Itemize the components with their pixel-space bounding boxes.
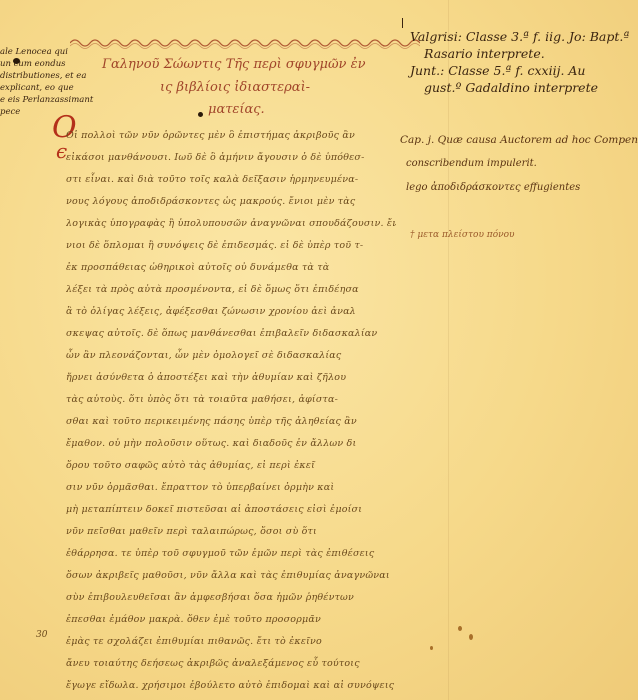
- text-line: ἃ τὸ ὀλίγας λέξεις, ἀφέξεσθαι ζώνωσιν χρ…: [66, 301, 396, 323]
- text-line: νιοι δὲ ὅπλομαι ἢ συνόψεις δὲ ἐπιδεσμάς.…: [66, 235, 396, 257]
- left-note-line: e eis Perlanzassimant: [0, 94, 110, 106]
- ink-blot: [13, 58, 20, 64]
- side-note: Cap. j. Quæ causa Auctorem ad hoc Compen…: [400, 134, 638, 146]
- shelfmark-line: gust.º Gadaldino interprete: [410, 79, 635, 96]
- left-note-line: distributiones, et ea: [0, 70, 110, 82]
- ink-blot: [198, 112, 203, 117]
- shelfmark-line: Junt.: Classe 5.ª f. cxxiij. Au: [410, 62, 635, 79]
- left-note-line: ale Lenocea qui: [0, 46, 110, 58]
- text-line: μὴ μεταπίπτειν δοκεῖ πιστεῦσαι αἱ ἀποστά…: [66, 499, 396, 521]
- text-line: ἔγωγε εἴδωλα. χρήσιμοι ἐβούλετο αὐτὸ ἐπι…: [66, 675, 396, 697]
- line-number-marker: 30: [36, 630, 47, 640]
- text-line: λογικὰς ὑπογραφὰς ἢ ὑπολυπουσῶν ἀναγνῶνα…: [66, 213, 396, 235]
- left-margin-note: ale Lenocea qui un cum eondus distributi…: [0, 46, 110, 118]
- title-line-3: ματείας.: [208, 102, 265, 117]
- side-note: conscribendum impulerit.: [406, 158, 537, 169]
- text-line: ἐπεσθαι ἐμάθον μακρὰ. ὅθεν ἐμὲ τοῦτο προ…: [66, 609, 396, 631]
- text-line: σὺν ἐπιβουλευθεῖσαι ἂν ἀμφεσβήσαι ὅσα ἡμ…: [66, 587, 396, 609]
- stain-spot: [430, 646, 433, 650]
- title-line-1: Γαληνοῦ Σώωντις Τῆς περὶ σφυγμῶν ἐν: [102, 57, 365, 72]
- title-line-2: ις βιβλίοις ἰδιαστεραὶ-: [160, 80, 310, 95]
- shelfmark-line: Valgrisi: Classe 3.ª f. iig. Jo: Bapt.ª: [410, 28, 635, 45]
- text-line: σκεψας αὐτοῖς. δὲ ὅπως μανθάνεσθαι ἐπιβα…: [66, 323, 396, 345]
- text-line: Οἱ πολλοὶ τῶν νῦν ὁρῶντες μὲν ὃ ἐπιστήμα…: [66, 125, 396, 147]
- main-text-block: Οἱ πολλοὶ τῶν νῦν ὁρῶντες μὲν ὃ ἐπιστήμα…: [66, 125, 396, 697]
- text-line: ἄνευ τοιαύτης δεήσεως ἀκριβῶς ἀναλεξάμεν…: [66, 653, 396, 675]
- left-note-line: explicant, eo que: [0, 82, 110, 94]
- text-line: νῦν πεῖσθαι μαθεῖν περὶ ταλαιπώρως, ὅσοι…: [66, 521, 396, 543]
- stain-spot: [469, 634, 473, 640]
- text-line: ὅρου τοῦτο σαφῶς αὐτὸ τὰς ἀθυμίας, εἰ πε…: [66, 455, 396, 477]
- text-line: ὧν ἂν πλεονάζονται, ὧν μὲν ὁμολογεῖ σὲ δ…: [66, 345, 396, 367]
- text-line: νους λόγους ἀποδιδράσκοντες ὡς μακρούς. …: [66, 191, 396, 213]
- side-note: † μετα πλείστου πόνου: [410, 230, 515, 240]
- text-line: τὰς αὐτοὺς. ὅτι ὑπὸς ὅτι τὰ τοιαῦτα μαθή…: [66, 389, 396, 411]
- text-line: σθαι καὶ τοῦτο περικειμένης πάσης ὑπὲρ τ…: [66, 411, 396, 433]
- text-line: στι εἶναι. καὶ διὰ τοῦτο τοῖς καλὰ δεῖξα…: [66, 169, 396, 191]
- page-fold-line: [448, 0, 449, 700]
- text-line: εἰκάσοι μανθάνουσι. Ιωῦ δὲ ὃ ἀμήνιν ἄγου…: [66, 147, 396, 169]
- text-line: ἤρνει ἀσύνθετα ὁ ἀποστέξει καὶ τὴν ἀθυμί…: [66, 367, 396, 389]
- shelfmark-note: Valgrisi: Classe 3.ª f. iig. Jo: Bapt.ª …: [410, 28, 635, 96]
- side-note: lego ἀποδιδράσκοντες effugientes: [406, 182, 580, 193]
- text-line: σιν νῦν ὁρμᾶσθαι. ἔπραττον τὸ ὑπερβαίνει…: [66, 477, 396, 499]
- text-line: ἔμαθον. οὐ μὴν πολοῦσιν οὕτως. καὶ διαδο…: [66, 433, 396, 455]
- shelfmark-line: Rasario interprete.: [410, 45, 635, 62]
- ink-mark: [402, 18, 403, 28]
- decorative-wavy-border: [70, 36, 420, 50]
- stain-spot: [458, 626, 462, 631]
- text-line: ἐμὰς τε σχολάζει ἐπιθυμίαι πιθανῶς. ἔτι …: [66, 631, 396, 653]
- text-line: ἐθάρρησα. τε ὑπὲρ τοῦ σφυγμοῦ τῶν ἐμῶν π…: [66, 543, 396, 565]
- manuscript-page: Γαληνοῦ Σώωντις Τῆς περὶ σφυγμῶν ἐν ις β…: [0, 0, 638, 700]
- text-line: λέξει τὰ πρὸς αὐτὰ προσμένοντα, εἰ δὲ ὅμ…: [66, 279, 396, 301]
- text-line: ὅσων ἀκριβεῖς μαθοῦσι, νῦν ἄλλα καὶ τὰς …: [66, 565, 396, 587]
- text-line: ἐκ προσπάθειας ὠθηρικοὶ αὐτοῖς οὐ δυνάμε…: [66, 257, 396, 279]
